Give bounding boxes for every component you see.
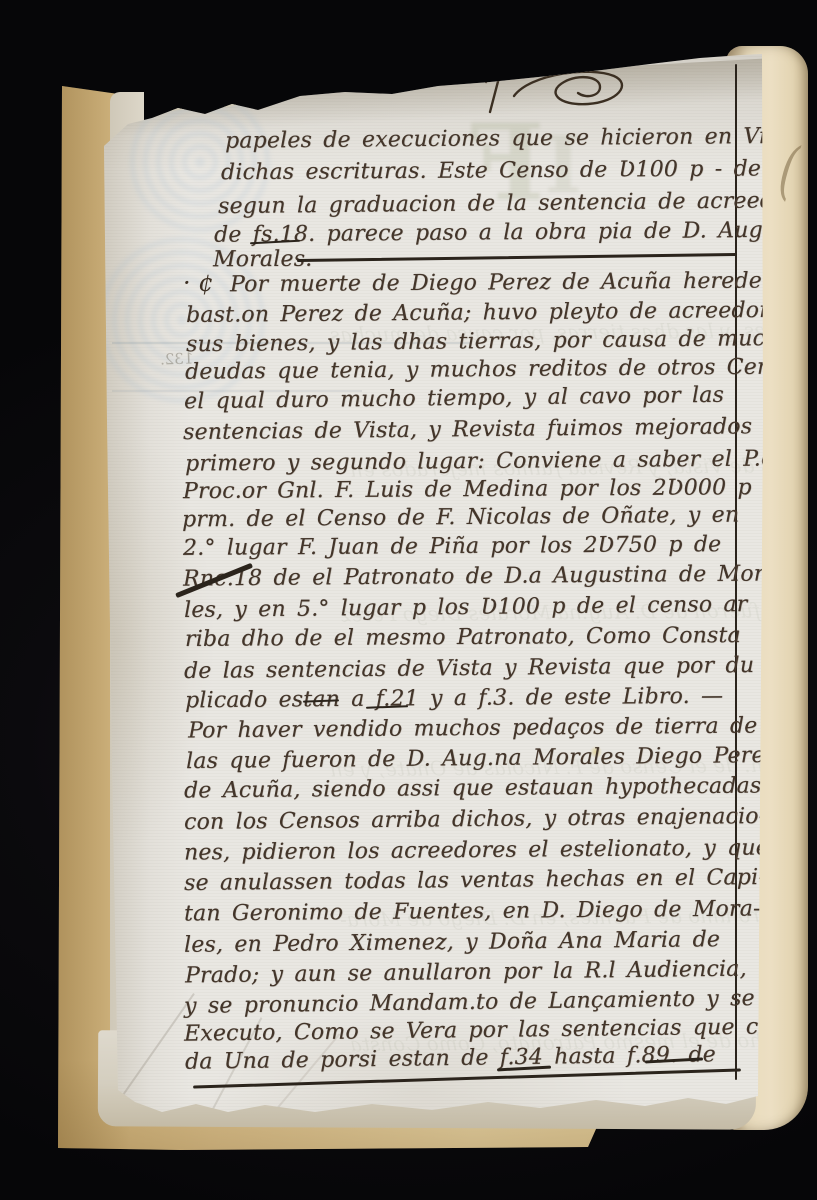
manuscript-text-line: de Acuña, siendo assi que estauan hypoth… bbox=[184, 773, 762, 803]
manuscript-photo: ( F I 132. sus bienes, y las dhas tierra… bbox=[0, 0, 817, 1200]
underpage-pen-mark: ( bbox=[775, 133, 803, 209]
manuscript-text-line: se anulassen todas las ventas hechas en … bbox=[184, 865, 766, 896]
manuscript-text-line: Proc.or Gnl. F. Luis de Medina por los 2… bbox=[183, 475, 791, 504]
manuscript-text-line: papeles de execuciones que se hicieron e… bbox=[225, 123, 817, 153]
manuscript-text-line: prm. de el Censo de F. Nicolas de Oñate,… bbox=[182, 503, 739, 533]
manuscript-text-line: sentencias de Vista, y Revista fuimos me… bbox=[183, 414, 791, 445]
folio-flourish-icon bbox=[472, 62, 642, 118]
manuscript-text-line: segun la graduacion de la sentencia de a… bbox=[218, 188, 817, 219]
manuscript-text-line: deudas que tenia, y muchos reditos de ot… bbox=[185, 354, 815, 384]
manuscript-text-line: plicado estan a f.21 y a f.3. de este Li… bbox=[185, 684, 723, 714]
manuscript-text-line: riba dho de el mesmo Patronato, Como Con… bbox=[185, 623, 741, 652]
manuscript-text-line: dichas escrituras. Este Censo de Ʋ100 p … bbox=[221, 156, 817, 185]
manuscript-text-line: de las sentencias de Vista y Revista que… bbox=[184, 653, 754, 684]
manuscript-text-line: de fs.18. parece paso a la obra pia de D… bbox=[214, 217, 817, 247]
manuscript-text-line: Por haver vendido muchos pedaços de tier… bbox=[188, 714, 758, 744]
manuscript-text-line: Rnc.18 de el Patronato de D.a Augustina … bbox=[183, 561, 778, 591]
manuscript-text-line: con los Censos arriba dichos, y otras en… bbox=[184, 804, 767, 835]
manuscript-text-line: y se pronuncio Mandam.to de Lançamiento … bbox=[184, 986, 755, 1019]
manuscript-text-line: da Una de porsi estan de f.34 hasta f.89… bbox=[185, 1042, 716, 1074]
manuscript-text-line: les, en Pedro Ximenez, y Doña Ana Maria … bbox=[184, 927, 720, 958]
manuscript-page: F I 132. sus bienes, y las dhas tierras,… bbox=[0, 0, 817, 1200]
manuscript-text-line: el qual duro mucho tiempo, y al cavo por… bbox=[184, 383, 724, 415]
torn-paper-flap bbox=[326, 56, 426, 71]
ink-rule bbox=[297, 253, 737, 262]
manuscript-text-line: 2.° lugar F. Juan de Piña por los 2Ʋ750 … bbox=[183, 532, 721, 561]
manuscript-text-line: Prado; y aun se anullaron por la R.l Aud… bbox=[185, 957, 747, 989]
paragraph-mark: · ¢ bbox=[183, 269, 214, 297]
manuscript-text-line: Por muerte de Diego Perez de Acuña hered… bbox=[230, 268, 817, 297]
torn-paper-flap bbox=[430, 68, 485, 77]
manuscript-text-line: sus bienes, y las dhas tierras, por caus… bbox=[186, 326, 804, 357]
manuscript-text-line: primero y segundo lugar: Conviene a sabe… bbox=[185, 446, 774, 476]
manuscript-text-line: tan Geronimo de Fuentes, en D. Diego de … bbox=[184, 896, 761, 926]
manuscript-text-line: nes, pidieron los acreedores el estelion… bbox=[184, 835, 769, 865]
